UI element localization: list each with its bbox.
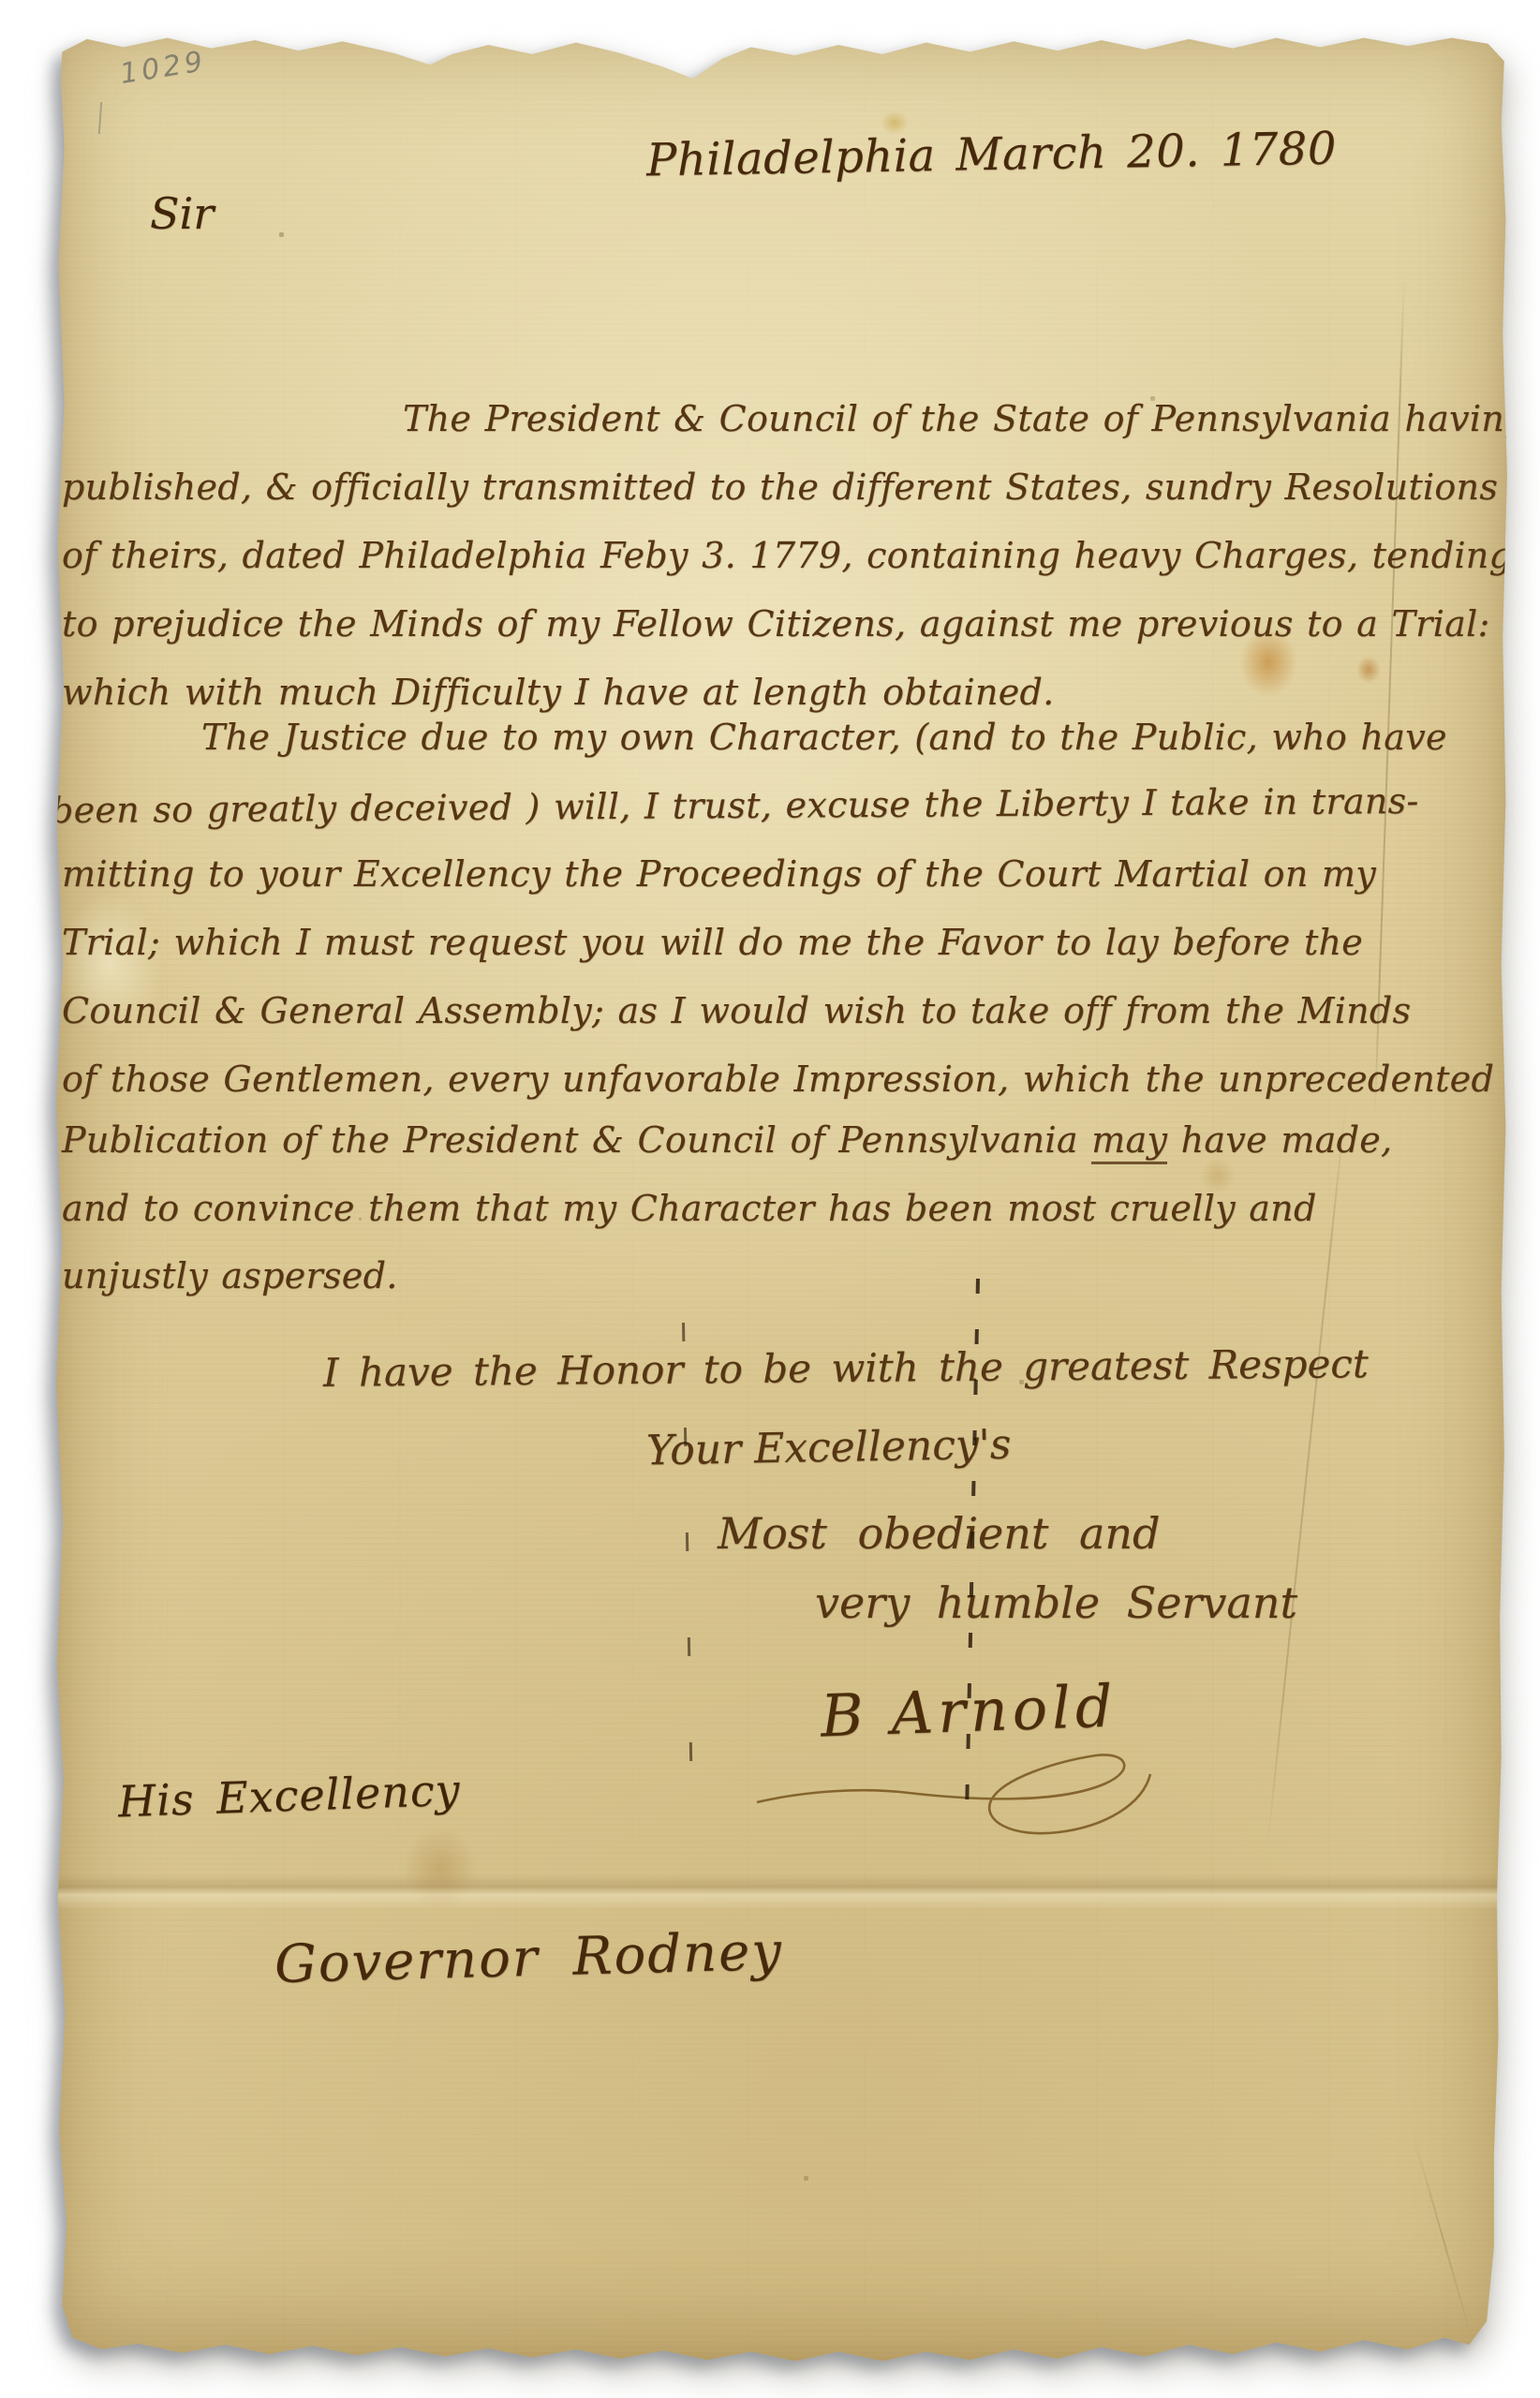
closing-line-1: I have the Honor to be with the greatest… xyxy=(323,1340,1369,1396)
body-line-10: Council & General Assembly; as I would w… xyxy=(62,990,1411,1031)
crease-bottom-right xyxy=(1411,2129,1474,2346)
paper-shadow: 1029 Philadelphia March 20. 1780 Sir The… xyxy=(0,0,1540,2398)
body-line-12: Publication of the President & Council o… xyxy=(62,1119,1392,1161)
body-line-14: unjustly aspersed. xyxy=(62,1255,398,1296)
pencil-stroke xyxy=(98,102,102,134)
letter-salutation: Sir xyxy=(150,188,214,239)
body-line-3: of theirs, dated Philadelphia Feby 3. 17… xyxy=(62,535,1512,576)
body-line-13: and to convince them that my Character h… xyxy=(62,1188,1317,1229)
body-line-4: to prejudice the Minds of my Fellow Citi… xyxy=(62,603,1490,644)
underlined-word-may: may xyxy=(1091,1119,1167,1164)
address-line-1: His Excellency xyxy=(117,1765,461,1828)
fold-crease-horizontal xyxy=(51,1874,1510,1910)
letter-paper: 1029 Philadelphia March 20. 1780 Sir The… xyxy=(51,31,1510,2363)
body-line-7: been so greatly deceived ) will, I trust… xyxy=(51,780,1419,831)
body-line-6: The Justice due to my own Character, (an… xyxy=(201,717,1447,758)
paper-specks xyxy=(51,31,52,32)
closing-line-2: Your Excellency's xyxy=(646,1421,1012,1475)
signature-flourish xyxy=(749,1744,1162,1843)
address-line-2: Governor Rodney xyxy=(274,1921,783,1995)
fold-line-left-dashed xyxy=(682,1323,693,1819)
small-stain xyxy=(1356,656,1381,684)
body-line-2: published, & officially transmitted to t… xyxy=(62,466,1498,508)
catalog-number: 1029 xyxy=(118,45,209,91)
body-line-1: The President & Council of the State of … xyxy=(403,398,1528,439)
body-line-12-post: have made, xyxy=(1167,1119,1392,1161)
body-line-12-pre: Publication of the President & Council o… xyxy=(62,1119,1091,1161)
photo-background: { "photo": { "background_color": "#fffff… xyxy=(0,0,1540,2398)
closing-line-3: Most obedient and xyxy=(718,1508,1160,1559)
body-line-8: mitting to your Excellency the Proceedin… xyxy=(62,853,1376,895)
body-line-5: which with much Difficulty I have at len… xyxy=(62,672,1055,713)
signature: B Arnold xyxy=(820,1671,1118,1750)
body-line-11: of those Gentlemen, every unfavorable Im… xyxy=(62,1058,1494,1100)
smudge-stain xyxy=(403,1827,478,1911)
closing-line-4: very humble Servant xyxy=(815,1577,1297,1628)
letter-dateline: Philadelphia March 20. 1780 xyxy=(646,123,1338,187)
body-line-9: Trial; which I must request you will do … xyxy=(62,922,1363,963)
